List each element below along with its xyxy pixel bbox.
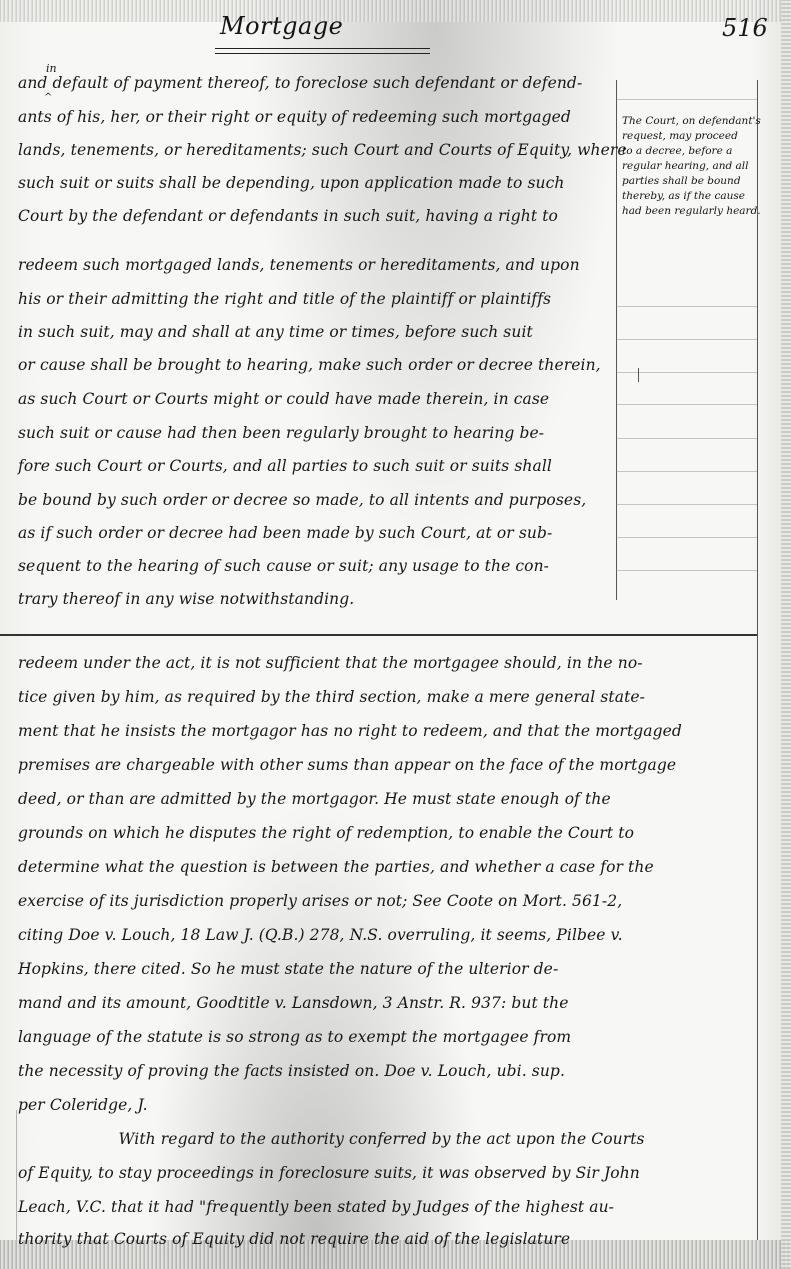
margin-ruling [616, 99, 757, 100]
text-line: premises are chargeable with other sums … [18, 756, 778, 774]
text-line: or cause shall be brought to hearing, ma… [18, 356, 616, 374]
margin-note-line: request, may proceed [622, 129, 772, 144]
text-line: his or their admitting the right and tit… [18, 290, 616, 308]
text-line: thority that Courts of Equity did not re… [18, 1230, 778, 1248]
text-line: in such suit, may and shall at any time … [18, 323, 616, 341]
section-divider [0, 634, 757, 636]
text-line: ment that he insists the mortgagor has n… [18, 722, 778, 740]
text-line: the necessity of proving the facts insis… [18, 1062, 778, 1080]
text-line: citing Doe v. Louch, 18 Law J. (Q.B.) 27… [18, 926, 778, 944]
scan-noise-top [0, 0, 791, 22]
text-line: With regard to the authority conferred b… [18, 1130, 778, 1148]
margin-ruling [616, 339, 757, 340]
margin-ruling [616, 471, 757, 472]
margin-note-line: had been regularly heard. [622, 204, 772, 219]
margin-ruling [616, 570, 757, 571]
text-line: lands, tenements, or hereditaments; such… [18, 141, 616, 159]
margin-ruling [616, 438, 757, 439]
page-number: 516 [722, 14, 768, 42]
caret-mark: ^ [44, 92, 52, 103]
text-line: language of the statute is so strong as … [18, 1028, 778, 1046]
text-line: redeem such mortgaged lands, tenements o… [18, 256, 616, 274]
margin-ruling [616, 404, 757, 405]
text-line: of Equity, to stay proceedings in forecl… [18, 1164, 778, 1182]
text-line: such suit or suits shall be depending, u… [18, 174, 616, 192]
margin-note-line: The Court, on defendant's [622, 114, 772, 129]
margin-note-line: to a decree, before a [622, 144, 772, 159]
margin-note-line: regular hearing, and all [622, 159, 772, 174]
manuscript-page: Mortgage 516 in ^ and default of payment… [0, 0, 791, 1269]
title-underline [215, 48, 430, 54]
text-line: Hopkins, there cited. So he must state t… [18, 960, 778, 978]
margin-note: The Court, on defendant's request, may p… [622, 114, 772, 219]
margin-tick-mark [638, 368, 639, 382]
text-line: be bound by such order or decree so made… [18, 491, 616, 509]
text-line: sequent to the hearing of such cause or … [18, 557, 616, 575]
text-line: Court by the defendant or defendants in … [18, 207, 616, 225]
margin-ruling [616, 537, 757, 538]
page-title: Mortgage [220, 12, 343, 40]
text-line: grounds on which he disputes the right o… [18, 824, 778, 842]
text-line: fore such Court or Courts, and all parti… [18, 457, 616, 475]
text-line: Leach, V.C. that it had "frequently been… [18, 1198, 778, 1216]
text-line: deed, or than are admitted by the mortga… [18, 790, 778, 808]
margin-note-line: thereby, as if the cause [622, 189, 772, 204]
text-line: tice given by him, as required by the th… [18, 688, 778, 706]
left-rule [16, 1110, 17, 1240]
text-line: such suit or cause had then been regular… [18, 424, 616, 442]
text-line: and default of payment thereof, to forec… [18, 74, 616, 92]
margin-note-line: parties shall be bound [622, 174, 772, 189]
text-line: redeem under the act, it is not sufficie… [18, 654, 778, 672]
text-line: as if such order or decree had been made… [18, 524, 616, 542]
margin-ruling [616, 504, 757, 505]
scan-edge-right [781, 0, 791, 1269]
text-line: as such Court or Courts might or could h… [18, 390, 616, 408]
text-line: determine what the question is between t… [18, 858, 778, 876]
text-line: exercise of its jurisdiction properly ar… [18, 892, 778, 910]
text-line: mand and its amount, Goodtitle v. Lansdo… [18, 994, 778, 1012]
margin-ruling [616, 306, 757, 307]
text-line: ants of his, her, or their right or equi… [18, 108, 616, 126]
text-line: per Coleridge, J. [18, 1096, 778, 1114]
text-line: trary thereof in any wise notwithstandin… [18, 590, 616, 608]
